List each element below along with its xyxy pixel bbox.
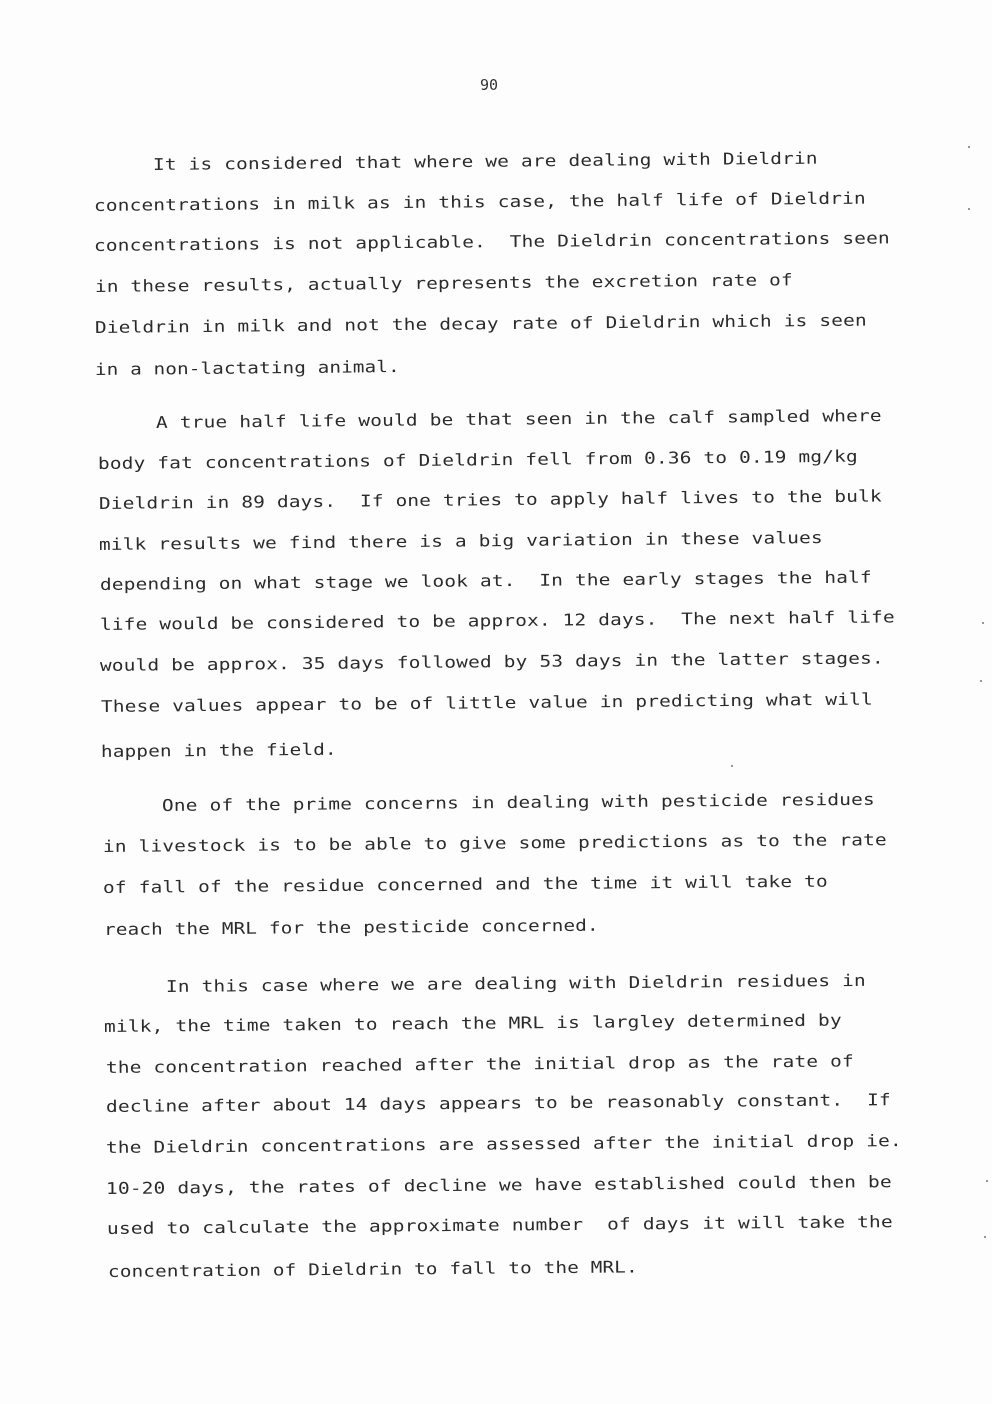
text-line: milk, the time taken to reach the MRL is… xyxy=(104,1011,842,1036)
text-line: concentrations is not applicable. The Di… xyxy=(94,228,890,255)
text-line: life would be considered to be approx. 1… xyxy=(100,607,895,634)
text-line: milk results we find there is a big vari… xyxy=(99,528,823,554)
text-line: It is considered that where we are deali… xyxy=(153,149,818,174)
scan-speck xyxy=(968,146,970,148)
scan-speck xyxy=(984,1236,986,1238)
document-page: 90 It is considered that where we are de… xyxy=(0,0,992,1404)
text-line: A true half life would be that seen in t… xyxy=(156,406,882,432)
text-line: concentrations in milk as in this case, … xyxy=(94,189,866,215)
text-line: the concentration reached after the init… xyxy=(106,1051,854,1077)
text-line: Dieldrin in milk and not the decay rate … xyxy=(95,311,867,337)
text-line: body fat concentrations of Dieldrin fell… xyxy=(98,447,858,473)
scan-speck xyxy=(968,208,970,210)
text-line: of fall of the residue concerned and the… xyxy=(103,872,828,897)
text-line: 10-20 days, the rates of decline we have… xyxy=(106,1172,892,1198)
text-line: One of the prime concerns in dealing wit… xyxy=(162,790,875,815)
text-line: in these results, actually represents th… xyxy=(95,270,793,296)
scan-speck xyxy=(986,1180,988,1182)
scan-speck xyxy=(980,680,982,682)
text-line: happen in the field. xyxy=(101,740,337,761)
text-line: used to calculate the approximate number… xyxy=(107,1212,893,1238)
scan-speck xyxy=(731,765,733,767)
scan-speck xyxy=(982,622,984,624)
text-line: depending on what stage we look at. In t… xyxy=(100,568,872,594)
text-line: These values appear to be of little valu… xyxy=(101,690,873,716)
text-line: in livestock is to be able to give some … xyxy=(103,830,887,856)
text-line: decline after about 14 days appears to b… xyxy=(106,1090,891,1116)
text-line: reach the MRL for the pesticide concerne… xyxy=(104,916,599,939)
text-line: in a non-lactating animal. xyxy=(95,357,400,379)
text-line: concentration of Dieldrin to fall to the… xyxy=(108,1257,638,1281)
text-line: would be approx. 35 days followed by 53 … xyxy=(100,648,884,675)
text-line: Dieldrin in 89 days. If one tries to app… xyxy=(99,486,882,513)
page-number: 90 xyxy=(480,76,498,94)
text-line: the Dieldrin concentrations are assessed… xyxy=(106,1131,902,1157)
text-line: In this case where we are dealing with D… xyxy=(166,971,866,996)
